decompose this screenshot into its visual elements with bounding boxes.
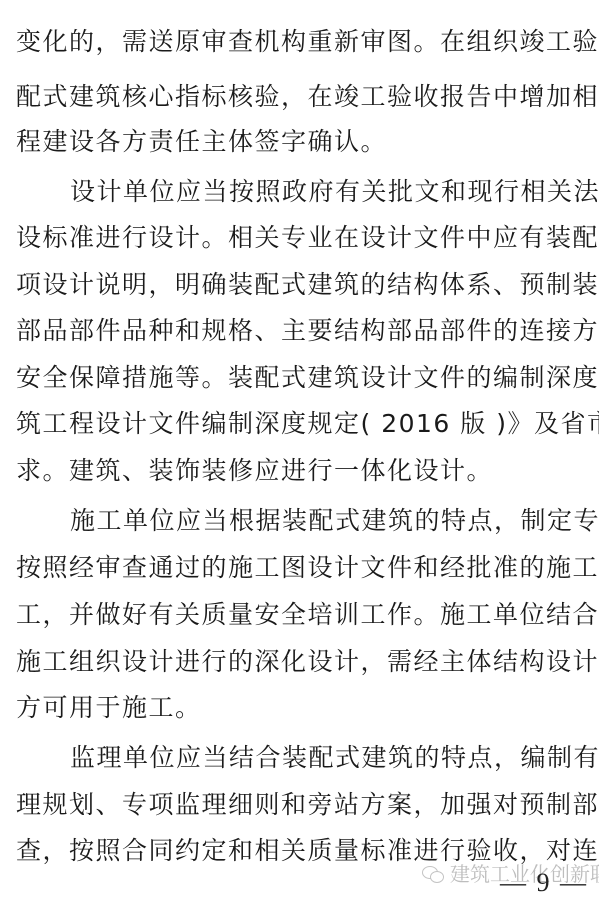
text-line: 项设计说明，明确装配式建筑的结构体系、预制装配率、预制 — [16, 270, 584, 300]
text-line: 求。建筑、装饰装修应进行一体化设计。 — [16, 456, 584, 486]
paragraph-start-construction: 施工单位应当根据装配式建筑的特点，制定专项施工方案， — [70, 506, 584, 536]
text-line: 安全保障措施等。装配式建筑设计文件的编制深度应符合《建 — [16, 363, 584, 393]
text-line: 工，并做好有关质量安全培训工作。施工单位结合施工工艺和 — [16, 600, 584, 630]
page-number: — 9 — — [500, 870, 588, 896]
text-line: 按照经审查通过的施工图设计文件和经批准的施工方案进行施 — [16, 553, 584, 583]
wechat-icon — [422, 865, 444, 883]
text-line: 理规划、专项监理细则和旁站方案，加强对预制部品部件的检 — [16, 790, 584, 820]
document-page: 变化的，需送原审查机构重新审图。在组织竣工验收时应对装 配式建筑核心指标核验，在… — [0, 0, 599, 900]
text-line: 施工组织设计进行的深化设计，需经主体结构设计单位确认后 — [16, 647, 584, 677]
paragraph-start-supervision: 监理单位应当结合装配式建筑的特点，编制有针对性的监 — [70, 743, 584, 773]
text-line: 变化的，需送原审查机构重新审图。在组织竣工验收时应对装 — [16, 27, 584, 57]
text-line: 筑工程设计文件编制深度规定( 2016 版 )》及省市有关规定的要 — [16, 409, 584, 439]
text-line: 配式建筑核心指标核验，在竣工验收报告中增加相关内容，工 — [16, 82, 584, 112]
text-line: 设标准进行设计。相关专业在设计文件中应有装配式建筑的专 — [16, 223, 584, 253]
text-line: 程建设各方责任主体签字确认。 — [16, 127, 584, 157]
text-line: 部品部件品种和规格、主要结构部品部件的连接方式、质量和 — [16, 316, 584, 346]
text-line: 方可用于施工。 — [16, 693, 584, 723]
paragraph-start-design: 设计单位应当按照政府有关批文和现行相关法规、工程建 — [70, 177, 584, 207]
